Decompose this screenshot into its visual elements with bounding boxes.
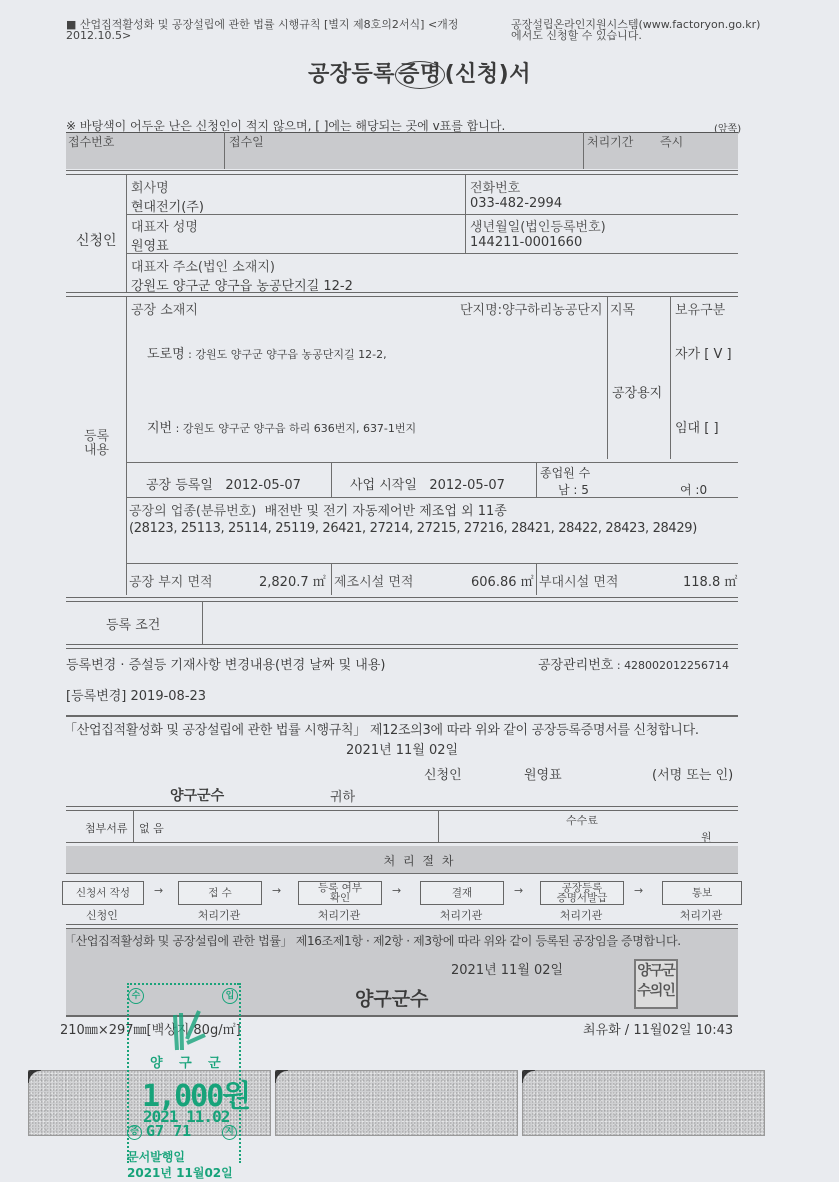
phone-value: 033-482-2994 [470,196,562,211]
representative-label: 대표자 성명 [131,216,198,235]
lot-label: 지번 [147,421,172,436]
receipt-date-label: 접수일 [229,133,264,150]
procedure-step-actor: 처리기관 [662,907,740,923]
aux-area-label: 부대시설 면적 [539,571,618,590]
ownership-own-checkbox[interactable]: 자가 [ V ] [675,343,732,362]
issuer: 양구군수 [355,984,428,1011]
land-category-label: 지목 [610,299,635,318]
mfg-area-label: 제조시설 면적 [334,571,413,590]
change-entry: [등록변경] 2019-08-23 [66,685,206,704]
procedure-step-actor: 신청인 [62,907,142,923]
birth-label: 생년월일(법인등록번호) [470,216,606,235]
processing-period-label: 처리기간 [587,133,633,150]
procedure-step-box: 신청서 작성 [62,881,144,905]
arrow-right-icon: → [272,884,281,897]
industry-label: 공장의 업종(분류번호) [129,504,256,519]
site-area-value: 2,820.7 ㎡ [259,571,326,590]
official-seal: 양구군 수의인 [634,959,678,1009]
business-start-value: 2012-05-07 [429,478,505,493]
stamp-mark-top-left: 수 [128,988,144,1004]
land-category-value: 공장용지 [612,382,662,401]
procedure-step-actor: 처리기관 [420,907,502,923]
issued-by: 최유화 / 11월02일 10:43 [583,1019,733,1038]
procedure-step-actor: 처리기관 [540,907,622,923]
procedure-step-box: 결재 [420,881,504,905]
business-start-date: 사업 시작일 2012-05-07 [350,474,505,493]
ownership-lease-checkbox[interactable]: 임대 [ ] [675,417,719,436]
company-name-value: 현대전기(주) [131,196,204,215]
stamp-serial: G7 71 [146,1122,191,1140]
procedure-step-box: 접 수 [178,881,262,905]
attachments-value: 없 음 [139,820,164,836]
site-area-label: 공장 부지 면적 [129,571,213,590]
leaf-emblem-icon [165,1005,210,1055]
applicant-section-label: 신청인 [76,230,117,250]
procedure-step-actor: 처리기관 [298,907,380,923]
recipient: 양구군수 [170,785,224,805]
registration-date-label: 공장 등록일 [146,478,213,493]
arrow-right-icon: → [392,884,401,897]
lot-address: 지번 : 강원도 양구군 양구읍 하리 636번지, 637-1번지 [147,417,416,436]
procedure-title: 처 리 절 차 [0,852,839,869]
management-number-label: 공장관리번호 [538,658,613,673]
procedure-step-box: 등록 여부 확인 [298,881,382,905]
arrow-right-icon: → [514,884,523,897]
road-address: 도로명 : 강원도 양구군 양구읍 농공단지길 12-2, [147,343,387,362]
ownership-label: 보유구분 [675,299,725,318]
attachments-label: 첨부서류 [85,820,128,836]
lot-value: 강원도 양구군 양구읍 하리 636번지, 637-1번지 [183,422,416,435]
stamp-mark-bottom-right: 지 [222,1125,237,1140]
registration-section-label: 등록 내용 [84,430,109,458]
arrow-right-icon: → [154,884,163,897]
title-prefix: 공장등록 [308,62,395,87]
procedure-step-box: 통보 [662,881,742,905]
title-suffix: (신청)서 [445,62,531,87]
industry: 공장의 업종(분류번호) 배전반 및 전기 자동제어반 제조업 외 11종 [129,500,507,519]
procedure-step-box: 공장등록 증명서발급 [540,881,624,905]
complex-name: 단지명:양구하리농공단지 [460,299,603,318]
registration-label-line2: 내용 [84,444,109,458]
company-name-label: 회사명 [131,177,169,196]
business-start-label: 사업 시작일 [350,478,417,493]
seal-line1: 양구군 [636,961,676,981]
stamp-caption-2: 2021년 11월02일 [127,1164,233,1181]
employees-male: 남 : 5 [558,481,589,498]
road-label: 도로명 [147,347,185,362]
arrow-right-icon: → [634,884,643,897]
employees-female: 여 :0 [680,481,707,498]
form-reference: ■ 산업집적활성화 및 공장설립에 관한 법률 시행규칙 [별지 제8호의2서식… [66,19,458,41]
registration-date-value: 2012-05-07 [225,478,301,493]
stamp-region: 양 구 군 [150,1052,227,1071]
honorific: 귀하 [330,786,355,805]
security-pattern-2 [275,1070,518,1136]
changes-label: 등록변경 · 증설등 기재사항 변경내용(변경 날짜 및 내용) [66,654,385,673]
conditions-label: 등록 조건 [106,614,160,633]
form-reference-line2: 2012.10.5> [66,30,458,41]
document-title: 공장등록증명(신청)서 [0,57,839,89]
stamp-mark-top-right: 입 [222,988,238,1004]
location-label: 공장 소재지 [131,299,198,318]
fee-label: 수수료 [566,812,598,828]
management-number-value: 428002012256714 [624,659,729,672]
registration-label-line1: 등록 [84,430,109,444]
wave-icon [275,1070,289,1084]
receipt-number-label: 접수번호 [68,133,114,150]
management-number: 공장관리번호 : 428002012256714 [538,654,729,673]
application-date: 2021년 11월 02일 [346,739,458,758]
certification-statement: 「산업집적활성화 및 공장설립에 관한 법률」 제16조제1항 · 제2항 · … [64,932,681,949]
receipt-row [66,132,738,169]
applicant-label: 신청인 [424,764,462,783]
title-circled: 증명 [395,61,445,89]
industry-codes: (28123, 25113, 25114, 25119, 26421, 2721… [129,521,697,536]
online-notice-line2: 에서도 신청할 수 있습니다. [511,30,760,41]
stamp-mark-bottom-left: 증 [127,1125,142,1140]
registration-date: 공장 등록일 2012-05-07 [146,474,301,493]
procedure-step-actor: 처리기관 [178,907,260,923]
employees-label: 종업원 수 [540,464,590,481]
wave-icon [522,1070,536,1084]
industry-value: 배전반 및 전기 자동제어반 제조업 외 11종 [265,504,507,519]
road-value: 강원도 양구군 양구읍 농공단지길 12-2, [195,348,386,361]
phone-label: 전화번호 [470,177,520,196]
mfg-area-value: 606.86 ㎡ [471,571,534,590]
address-label: 대표자 주소(법인 소재지) [131,256,275,275]
security-pattern-3 [522,1070,765,1136]
processing-period-value: 즉시 [660,133,683,150]
seal-line2: 수의인 [636,981,676,1001]
online-notice: 공장설립온라인지원시스템(www.factoryon.go.kr) 에서도 신청… [511,19,760,41]
wave-icon [28,1070,42,1084]
certification-date: 2021년 11월 02일 [451,959,563,978]
applicant-name: 원영표 [524,764,562,783]
representative-value: 원영표 [131,235,169,254]
aux-area-value: 118.8 ㎡ [683,571,737,590]
application-statement: 「산업집적활성화 및 공장설립에 관한 법률 시행규칙」 제12조의3에 따라 … [64,719,699,738]
signature-note: (서명 또는 인) [652,764,733,783]
stamp-caption-1: 문서발행일 [127,1148,185,1165]
birth-value: 144211-0001660 [470,235,582,250]
